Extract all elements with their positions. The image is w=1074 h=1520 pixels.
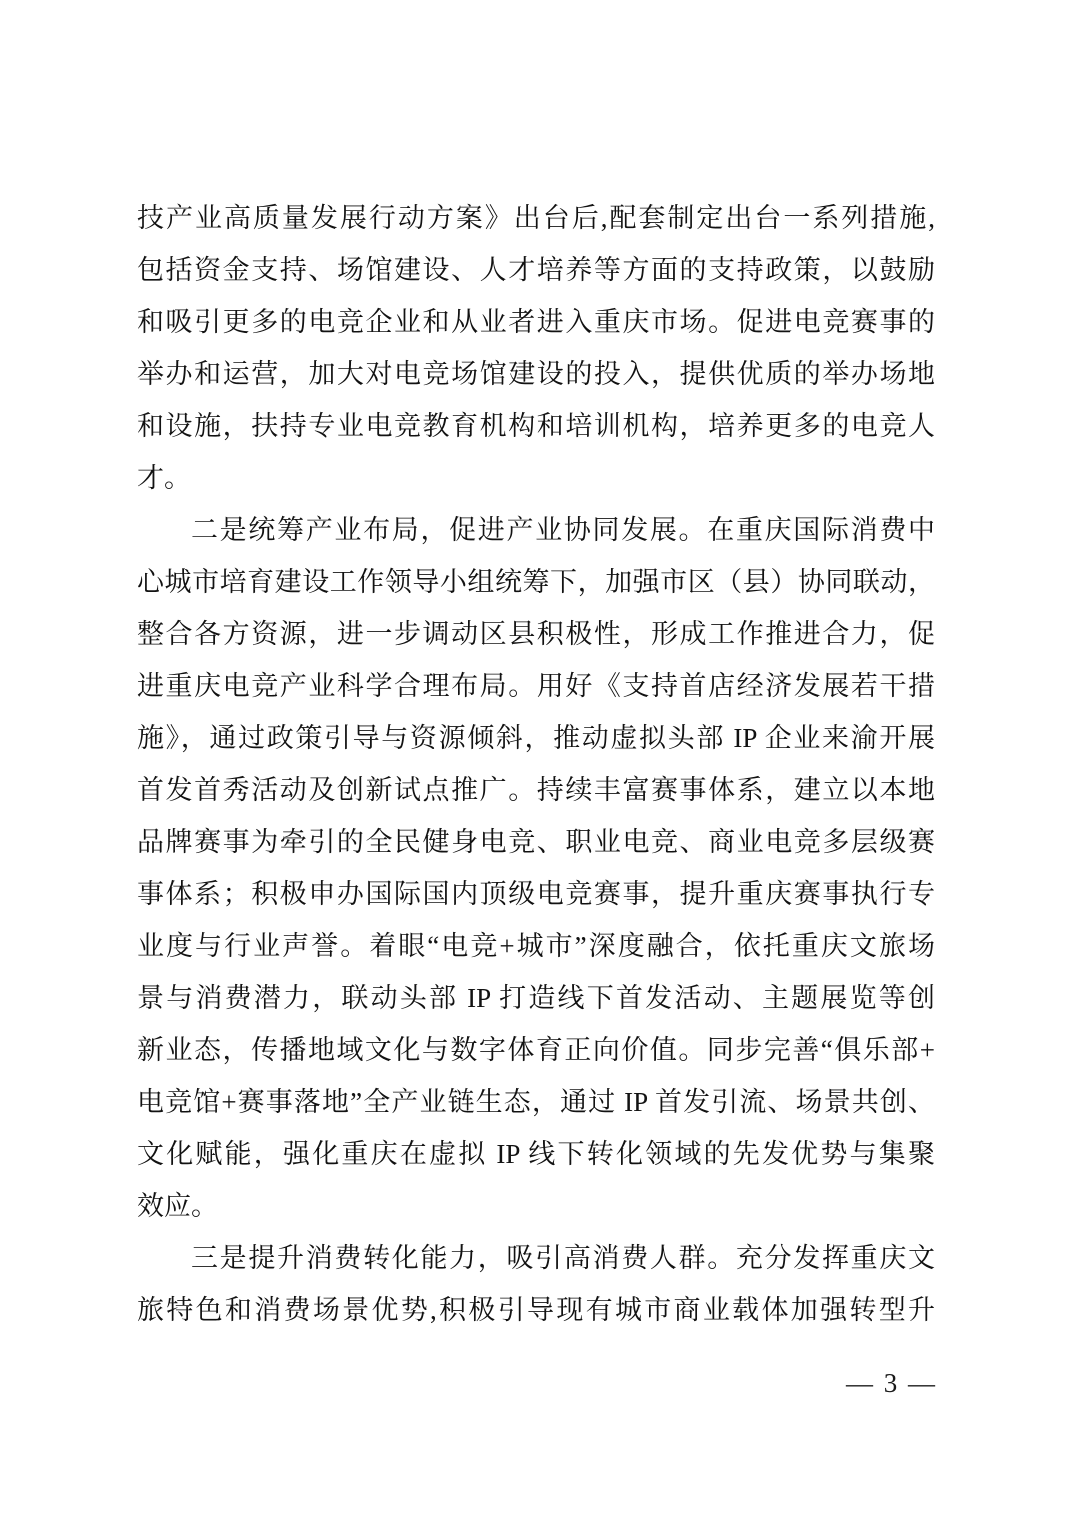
text-line: 举办和运营，加大对电竞场馆建设的投入，提供优质的举办场地 [137,348,935,400]
text-line: 事体系；积极申办国际国内顶级电竞赛事，提升重庆赛事执行专 [137,868,935,920]
text-line: 和设施，扶持专业电竞教育机构和培训机构，培养更多的电竞人 [137,400,935,452]
text-line: 景与消费潜力，联动头部 IP 打造线下首发活动、主题展览等创 [137,972,935,1024]
text-line: 包括资金支持、场馆建设、人才培养等方面的支持政策，以鼓励 [137,244,935,296]
text-line: 首发首秀活动及创新试点推广。持续丰富赛事体系，建立以本地 [137,764,935,816]
text-line: 文化赋能，强化重庆在虚拟 IP 线下转化领域的先发优势与集聚 [137,1128,935,1180]
document-body: 技产业高质量发展行动方案》出台后,配套制定出台一系列措施,包括资金支持、场馆建设… [137,192,935,1336]
text-line: 三是提升消费转化能力，吸引高消费人群。充分发挥重庆文 [137,1232,935,1284]
text-line: 业度与行业声誉。着眼“电竞+城市”深度融合，依托重庆文旅场 [137,920,935,972]
page-number: — 3 — [846,1365,937,1401]
text-line: 效应。 [137,1180,935,1232]
text-line: 新业态，传播地域文化与数字体育正向价值。同步完善“俱乐部+ [137,1024,935,1076]
text-line: 施》，通过政策引导与资源倾斜，推动虚拟头部 IP 企业来渝开展 [137,712,935,764]
text-line: 心城市培育建设工作领导小组统筹下，加强市区（县）协同联动， [137,556,935,608]
text-line: 品牌赛事为牵引的全民健身电竞、职业电竞、商业电竞多层级赛 [137,816,935,868]
text-line: 二是统筹产业布局，促进产业协同发展。在重庆国际消费中 [137,504,935,556]
text-line: 才。 [137,452,935,504]
text-line: 电竞馆+赛事落地”全产业链生态，通过 IP 首发引流、场景共创、 [137,1076,935,1128]
text-line: 整合各方资源，进一步调动区县积极性，形成工作推进合力，促 [137,608,935,660]
text-line: 和吸引更多的电竞企业和从业者进入重庆市场。促进电竞赛事的 [137,296,935,348]
text-line: 旅特色和消费场景优势,积极引导现有城市商业载体加强转型升 [137,1284,935,1336]
text-line: 进重庆电竞产业科学合理布局。用好《支持首店经济发展若干措 [137,660,935,712]
document-page: 技产业高质量发展行动方案》出台后,配套制定出台一系列措施,包括资金支持、场馆建设… [0,0,1074,1520]
text-line: 技产业高质量发展行动方案》出台后,配套制定出台一系列措施, [137,192,935,244]
